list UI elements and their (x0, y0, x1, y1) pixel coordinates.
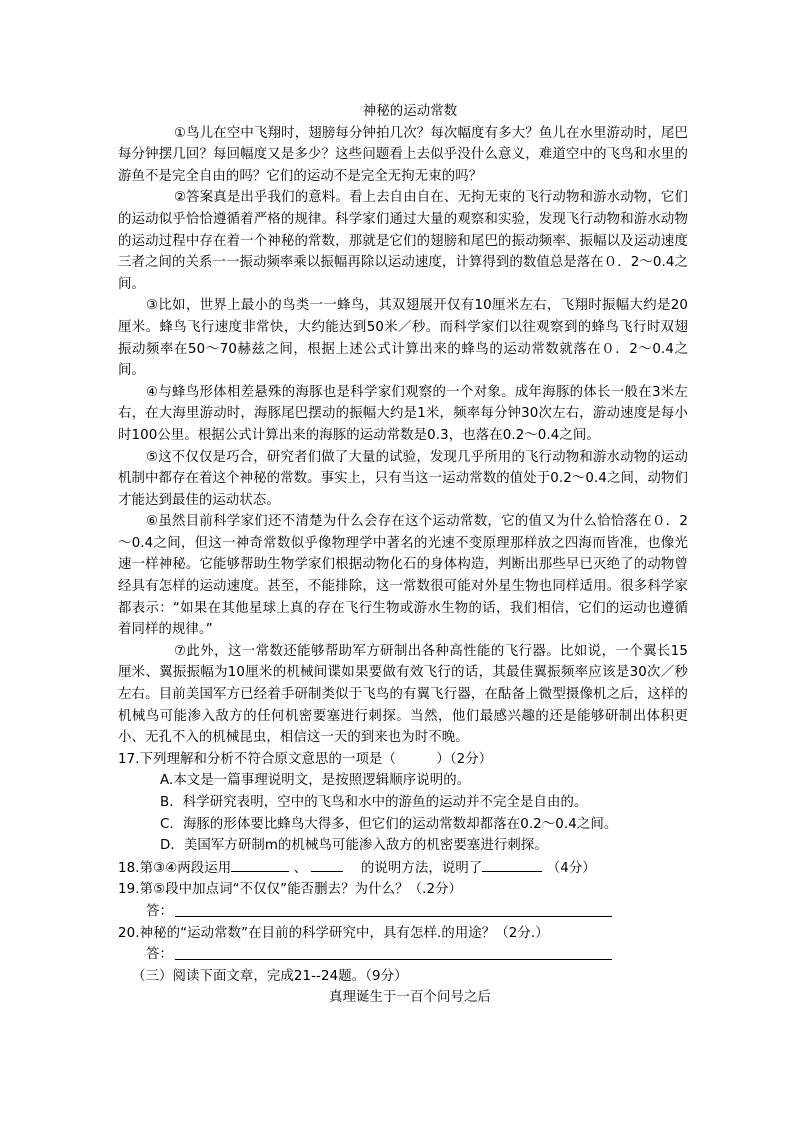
question-19-stem: 19.第⑤段中加点词“不仅仅”能否删去？为什么？（.2分） (118, 879, 688, 901)
question-19-answer-row: 答： (118, 901, 688, 923)
question-17-stem: 17.下列理解和分析不符合原文意思的一项是（ ）（2分） (118, 749, 688, 771)
question-18-prefix: 18.第③④两段运用 (118, 861, 231, 876)
article-title: 神秘的运动常数 (118, 101, 688, 123)
question-18: 18.第③④两段运用 、 的说明方法，说明了 （4分） (118, 857, 688, 880)
answer-blank-explanation[interactable] (482, 857, 542, 872)
answer-blank-method-1[interactable] (231, 857, 289, 872)
question-17-option-a: A.本文是一篇事理说明文，是按照逻辑顺序说明的。 (118, 770, 688, 792)
question-17-option-b: B．科学研究表明，空中的飞鸟和水中的游鱼的运动并不完全是自由的。 (118, 792, 688, 814)
paragraph-1: ①鸟儿在空中飞翔时，翅膀每分钟拍几次？每次幅度有多大？鱼儿在水里游动时，尾巴每分… (118, 123, 688, 188)
question-18-middle: 的说明方法，说明了 (361, 861, 482, 876)
question-17-option-d: D．美国军方研制m的机械鸟可能渗入敌方的机密要塞进行刺探。 (118, 835, 688, 857)
question-18-separator: 、 (294, 861, 308, 876)
paragraph-7: ⑦此外，这一常数还能够帮助军方研制出各种高性能的飞行器。比如说，一个翼长15厘米… (118, 641, 688, 749)
answer-label: 答： (146, 904, 173, 919)
section-3-heading: （三）阅读下面文章，完成21--24题。（9分） (118, 966, 688, 988)
paragraph-5: ⑤这不仅仅是巧合，研究者们做了大量的试验，发现几乎所用的飞行动物和游水动物的运动… (118, 447, 688, 512)
next-article-title: 真理诞生于一百个问号之后 (118, 987, 688, 1009)
answer-label: 答： (146, 947, 173, 962)
question-20-answer-row: 答： (118, 944, 688, 966)
paragraph-2: ②答案真是出乎我们的意料。看上去自由自在、无拘无束的飞行动物和游水动物，它们的运… (118, 187, 688, 295)
paragraph-3: ③比如，世界上最小的鸟类一一蜂鸟，其双翅展开仅有10厘米左右，飞翔时振幅大约是2… (118, 295, 688, 381)
question-20-stem: 20.神秘的“运动常数”在目前的科学研究中，具有怎样.的用途？（2分.） (118, 923, 688, 945)
answer-line-20[interactable] (175, 959, 612, 960)
document-page: 神秘的运动常数 ①鸟儿在空中飞翔时，翅膀每分钟拍几次？每次幅度有多大？鱼儿在水里… (118, 101, 688, 1009)
question-18-score: （4分） (547, 861, 596, 876)
answer-line-19[interactable] (175, 916, 612, 917)
paragraph-6: ⑥虽然目前科学家们还不清楚为什么会存在这个运动常数，它的值又为什么恰恰落在０．2… (118, 511, 688, 641)
answer-blank-method-2[interactable] (311, 857, 343, 872)
question-17-option-c: C．海豚的形体要比蜂鸟大得多，但它们的运动常数却都落在0.2～0.4之间。 (118, 814, 688, 836)
paragraph-4: ④与蜂鸟形体相差悬殊的海豚也是科学家们观察的一个对象。成年海豚的体长一般在3米左… (118, 382, 688, 447)
